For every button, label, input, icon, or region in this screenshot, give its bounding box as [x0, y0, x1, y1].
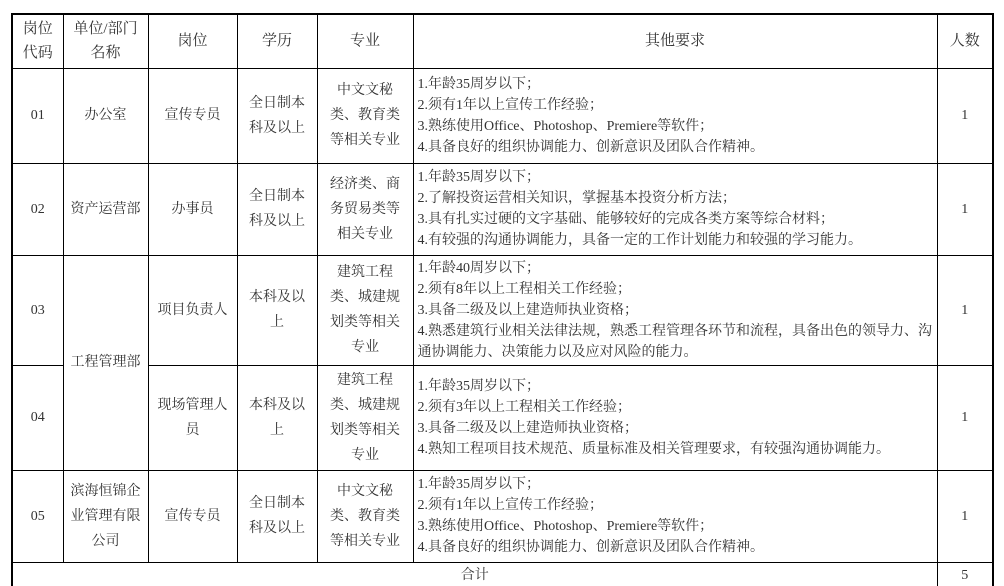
- cell-requirements: 1.年龄35周岁以下； 2.须有1年以上宣传工作经验； 3.熟练使用Office…: [413, 68, 937, 163]
- header-position-code: 岗位代码: [12, 14, 63, 68]
- cell-position: 项目负责人: [148, 255, 237, 365]
- cell-requirements: 1.年龄35周岁以下； 2.须有1年以上宣传工作经验； 3.熟练使用Office…: [413, 470, 937, 562]
- cell-department: 资产运营部: [63, 163, 148, 255]
- cell-position: 宣传专员: [148, 68, 237, 163]
- cell-education: 全日制本科及以上: [237, 68, 317, 163]
- cell-position-code: 01: [12, 68, 63, 163]
- cell-position-code: 05: [12, 470, 63, 562]
- footer-total-label: 合计: [12, 562, 937, 586]
- cell-requirements: 1.年龄35周岁以下； 2.须有3年以上工程相关工作经验； 3.具备二级及以上建…: [413, 365, 937, 470]
- cell-major: 中文文秘类、教育类等相关专业: [317, 470, 413, 562]
- footer-total-count: 5: [937, 562, 993, 586]
- cell-requirements: 1.年龄35周岁以下； 2.了解投资运营相关知识，掌握基本投资分析方法； 3.具…: [413, 163, 937, 255]
- recruitment-table-page: 岗位代码 单位/部门名称 岗位 学历 专业 其他要求 人数 01 办公室 宣传专…: [0, 0, 1004, 586]
- table-row: 04 现场管理人员 本科及以上 建筑工程类、城建规划类等相关专业 1.年龄35周…: [12, 365, 993, 470]
- cell-headcount: 1: [937, 365, 993, 470]
- header-requirements: 其他要求: [413, 14, 937, 68]
- cell-position-code: 03: [12, 255, 63, 365]
- cell-major: 建筑工程类、城建规划类等相关专业: [317, 255, 413, 365]
- cell-requirements: 1.年龄40周岁以下； 2.须有8年以上工程相关工作经验； 3.具备二级及以上建…: [413, 255, 937, 365]
- header-position: 岗位: [148, 14, 237, 68]
- table-header-row: 岗位代码 单位/部门名称 岗位 学历 专业 其他要求 人数: [12, 14, 993, 68]
- table-footer-row: 合计 5: [12, 562, 993, 586]
- cell-position: 办事员: [148, 163, 237, 255]
- cell-headcount: 1: [937, 163, 993, 255]
- cell-headcount: 1: [937, 68, 993, 163]
- cell-education: 全日制本科及以上: [237, 470, 317, 562]
- cell-education: 本科及以上: [237, 255, 317, 365]
- cell-position-code: 04: [12, 365, 63, 470]
- table-row: 03 工程管理部 项目负责人 本科及以上 建筑工程类、城建规划类等相关专业 1.…: [12, 255, 993, 365]
- table-row: 01 办公室 宣传专员 全日制本科及以上 中文文秘类、教育类等相关专业 1.年龄…: [12, 68, 993, 163]
- cell-department-merged: 工程管理部: [63, 255, 148, 470]
- cell-education: 本科及以上: [237, 365, 317, 470]
- cell-position: 现场管理人员: [148, 365, 237, 470]
- recruitment-table: 岗位代码 单位/部门名称 岗位 学历 专业 其他要求 人数 01 办公室 宣传专…: [11, 13, 994, 586]
- cell-major: 经济类、商务贸易类等相关专业: [317, 163, 413, 255]
- cell-education: 全日制本科及以上: [237, 163, 317, 255]
- table-row: 05 滨海恒锦企业管理有限公司 宣传专员 全日制本科及以上 中文文秘类、教育类等…: [12, 470, 993, 562]
- header-major: 专业: [317, 14, 413, 68]
- header-department: 单位/部门名称: [63, 14, 148, 68]
- cell-headcount: 1: [937, 470, 993, 562]
- header-education: 学历: [237, 14, 317, 68]
- cell-major: 中文文秘类、教育类等相关专业: [317, 68, 413, 163]
- cell-position-code: 02: [12, 163, 63, 255]
- header-headcount: 人数: [937, 14, 993, 68]
- table-row: 02 资产运营部 办事员 全日制本科及以上 经济类、商务贸易类等相关专业 1.年…: [12, 163, 993, 255]
- cell-major: 建筑工程类、城建规划类等相关专业: [317, 365, 413, 470]
- cell-department: 办公室: [63, 68, 148, 163]
- cell-headcount: 1: [937, 255, 993, 365]
- cell-position: 宣传专员: [148, 470, 237, 562]
- cell-department: 滨海恒锦企业管理有限公司: [63, 470, 148, 562]
